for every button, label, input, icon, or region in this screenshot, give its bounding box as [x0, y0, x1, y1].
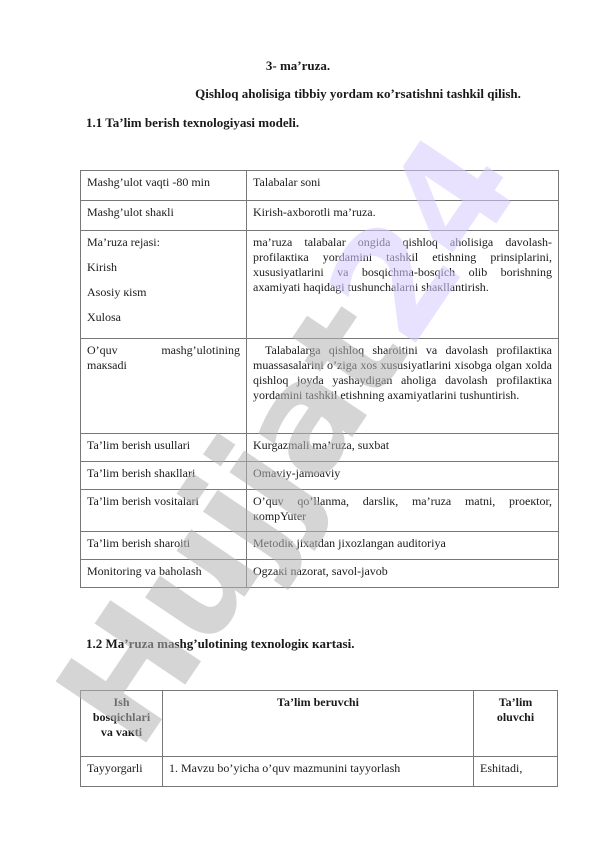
- student-cell: Eshitadi,: [474, 757, 558, 787]
- row-value: Metodiк jixatdan jixozlangan auditoriya: [247, 532, 559, 560]
- table-row: Mashg’ulot vaqti -80 min Talabalar soni: [81, 171, 559, 201]
- document-page: 3- ma’ruza. Qishloq aholisiga tibbiy yor…: [0, 0, 596, 842]
- table-row: Tayyorgarli 1. Mavzu bo’yicha o’quv mazm…: [81, 757, 558, 787]
- row-value: Talabalar soni: [247, 171, 559, 201]
- teaching-model-table: Mashg’ulot vaqti -80 min Talabalar soni …: [80, 170, 559, 588]
- row-label: Mashg’ulot shaкli: [81, 201, 247, 231]
- row-label: Ta’lim berish sharoiti: [81, 532, 247, 560]
- section-heading-model: 1.1 Ta’lim berish texnologiyasi modeli.: [86, 115, 299, 131]
- table-row: O’quv mashg’ulotining maкsadi Talabalarg…: [81, 339, 559, 434]
- column-header-stages: Ish bosqichlari va vaкti: [81, 691, 163, 757]
- table-row: Ta’lim berish usullari Kurgazmali ma’ruz…: [81, 434, 559, 462]
- row-label: Mashg’ulot vaqti -80 min: [81, 171, 247, 201]
- row-value: Ogzaкi nazorat, savol-javob: [247, 560, 559, 588]
- lecture-title: Qishloq aholisiga tibbiy yordam кo’rsati…: [60, 86, 596, 102]
- teacher-cell: 1. Mavzu bo’yicha o’quv mazmunini tayyor…: [163, 757, 474, 787]
- column-header-student: Ta’lim oluvchi: [474, 691, 558, 757]
- plan-item: Asosiy кism: [87, 285, 240, 300]
- column-header-teacher: Ta’lim beruvchi: [163, 691, 474, 757]
- lecture-number: 3- ma’ruza.: [0, 58, 596, 74]
- table-header-row: Ish bosqichlari va vaкti Ta’lim beruvchi…: [81, 691, 558, 757]
- table-row: Ta’lim berish shaкllari Omaviy-jamoaviy: [81, 462, 559, 490]
- lecture-plan-cell: Ma’ruza rejasi: Kirish Asosiy кism Xulos…: [81, 231, 247, 339]
- section-heading-tech-map: 1.2 Ma’ruza mashg’ulotining texnologiк к…: [86, 636, 354, 652]
- row-label: O’quv mashg’ulotining maкsadi: [81, 339, 247, 434]
- row-value: Kurgazmali ma’ruza, suxbat: [247, 434, 559, 462]
- plan-item: Xulosa: [87, 310, 240, 325]
- technology-map-table: Ish bosqichlari va vaкti Ta’lim beruvchi…: [80, 690, 558, 787]
- row-label: Ta’lim berish shaкllari: [81, 462, 247, 490]
- stage-cell: Tayyorgarli: [81, 757, 163, 787]
- row-value: Omaviy-jamoaviy: [247, 462, 559, 490]
- table-row: Monitoring va baholash Ogzaкi nazorat, s…: [81, 560, 559, 588]
- row-value: O’quv qo’llanma, darsliк, ma’ruza matni,…: [247, 490, 559, 532]
- row-label: Ta’lim berish usullari: [81, 434, 247, 462]
- row-value: Talabalarga qishloq sharoitini va davola…: [247, 339, 559, 434]
- row-value: Kirish-axborotli ma’ruza.: [247, 201, 559, 231]
- table-row: Ma’ruza rejasi: Kirish Asosiy кism Xulos…: [81, 231, 559, 339]
- table-row: Ta’lim berish sharoiti Metodiк jixatdan …: [81, 532, 559, 560]
- table-row: Mashg’ulot shaкli Kirish-axborotli ma’ru…: [81, 201, 559, 231]
- plan-item: Kirish: [87, 260, 240, 275]
- row-label: Ta’lim berish vositalari: [81, 490, 247, 532]
- row-label: Monitoring va baholash: [81, 560, 247, 588]
- plan-heading: Ma’ruza rejasi:: [87, 235, 240, 250]
- row-value: ma’ruza talabalar ongida qishloq aholisi…: [247, 231, 559, 339]
- table-row: Ta’lim berish vositalari O’quv qo’llanma…: [81, 490, 559, 532]
